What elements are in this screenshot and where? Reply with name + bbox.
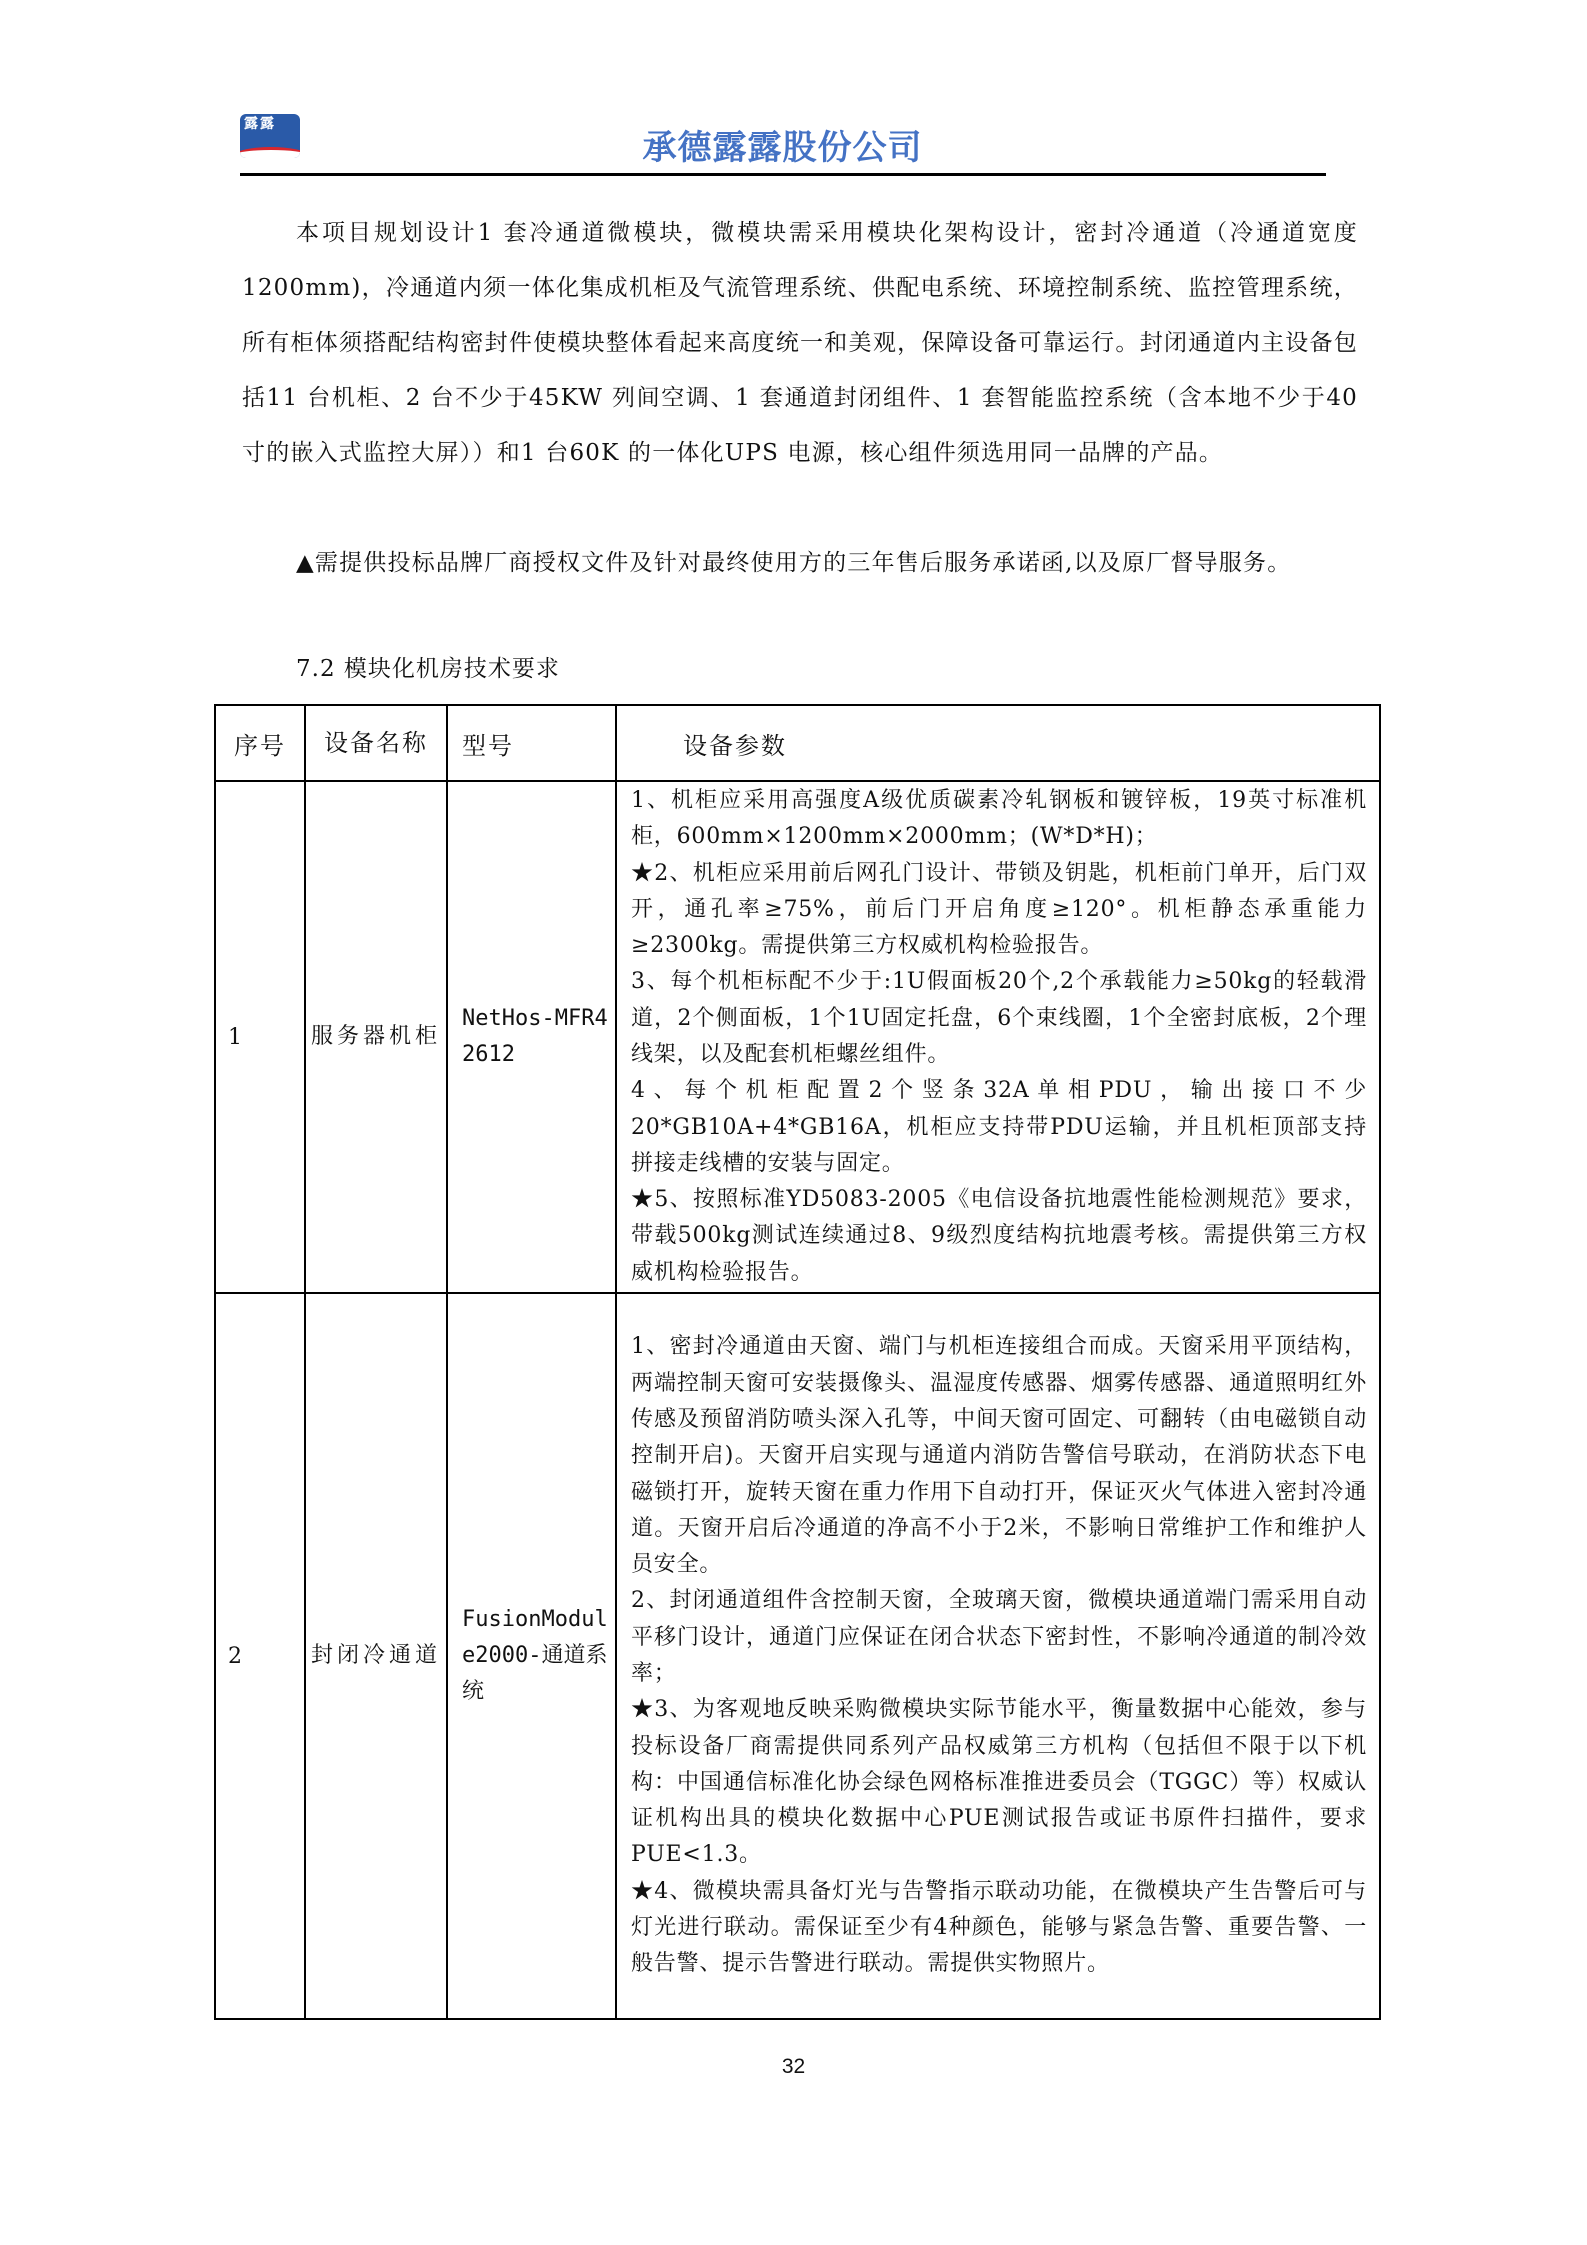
header-divider — [240, 173, 1326, 176]
param-item: 2、封闭通道组件含控制天窗，全玻璃天窗，微模块通道端门需采用自动平移门设计，通道… — [631, 1583, 1367, 1692]
param-item: ★5、按照标准YD5083-2005《电信设备抗地震性能检测规范》要求，带载50… — [631, 1182, 1367, 1291]
cell-name: 封闭冷通道 — [305, 1293, 447, 2019]
param-item: 4、每个机柜配置2个竖条32A单相PDU，输出接口不少20*GB10A+4*GB… — [631, 1073, 1367, 1182]
cell-params: 1、机柜应采用高强度A级优质碳素冷轧钢板和镀锌板，19英寸标准机柜，600mm×… — [616, 781, 1380, 1293]
param-item: ★4、微模块需具备灯光与告警指示联动功能，在微模块产生告警后可与灯光进行联动。需… — [631, 1874, 1367, 1983]
header-name: 设备名称 — [305, 705, 447, 781]
table-header-row: 序号 设备名称 型号 设备参数 — [215, 705, 1380, 781]
requirement-paragraph: ▲需提供投标品牌厂商授权文件及针对最终使用方的三年售后服务承诺函,以及原厂督导服… — [242, 536, 1358, 591]
param-item: ★3、为客观地反映采购微模块实际节能水平，衡量数据中心能效，参与投标设备厂商需提… — [631, 1692, 1367, 1873]
spec-table: 序号 设备名称 型号 设备参数 1 服务器机柜 NetHos-MFR42612 … — [214, 704, 1381, 2020]
page-header: 露露 承德露露股份公司 — [240, 108, 1325, 178]
param-item: 3、每个机柜标配不少于:1U假面板20个,2个承载能力≥50kg的轻载滑道，2个… — [631, 964, 1367, 1073]
section-title: 7.2 模块化机房技术要求 — [296, 650, 560, 683]
page-number: 32 — [0, 2055, 1587, 2079]
cell-model: FusionModule2000-通道系统 — [447, 1293, 616, 2019]
intro-paragraph: 本项目规划设计1 套冷通道微模块，微模块需采用模块化架构设计，密封冷通道（冷通道… — [242, 206, 1358, 481]
company-name: 承德露露股份公司 — [240, 120, 1325, 169]
header-params: 设备参数 — [616, 705, 1380, 781]
table-row: 2 封闭冷通道 FusionModule2000-通道系统 1、密封冷通道由天窗… — [215, 1293, 1380, 2019]
paragraph-authorization: ▲需提供投标品牌厂商授权文件及针对最终使用方的三年售后服务承诺函,以及原厂督导服… — [242, 536, 1358, 591]
header-seq: 序号 — [215, 705, 305, 781]
cell-seq: 1 — [215, 781, 305, 1293]
table-row: 1 服务器机柜 NetHos-MFR42612 1、机柜应采用高强度A级优质碳素… — [215, 781, 1380, 1293]
header-model: 型号 — [447, 705, 616, 781]
param-item: 1、机柜应采用高强度A级优质碳素冷轧钢板和镀锌板，19英寸标准机柜，600mm×… — [631, 783, 1367, 856]
param-item: 1、密封冷通道由天窗、端门与机柜连接组合而成。天窗采用平顶结构，两端控制天窗可安… — [631, 1329, 1367, 1583]
cell-params: 1、密封冷通道由天窗、端门与机柜连接组合而成。天窗采用平顶结构，两端控制天窗可安… — [616, 1293, 1380, 2019]
param-item: ★2、机柜应采用前后网孔门设计、带锁及钥匙，机柜前门单开，后门双开，通孔率≥75… — [631, 856, 1367, 965]
cell-model: NetHos-MFR42612 — [447, 781, 616, 1293]
cell-seq: 2 — [215, 1293, 305, 2019]
cell-name: 服务器机柜 — [305, 781, 447, 1293]
paragraph-project-overview: 本项目规划设计1 套冷通道微模块，微模块需采用模块化架构设计，密封冷通道（冷通道… — [242, 206, 1358, 481]
